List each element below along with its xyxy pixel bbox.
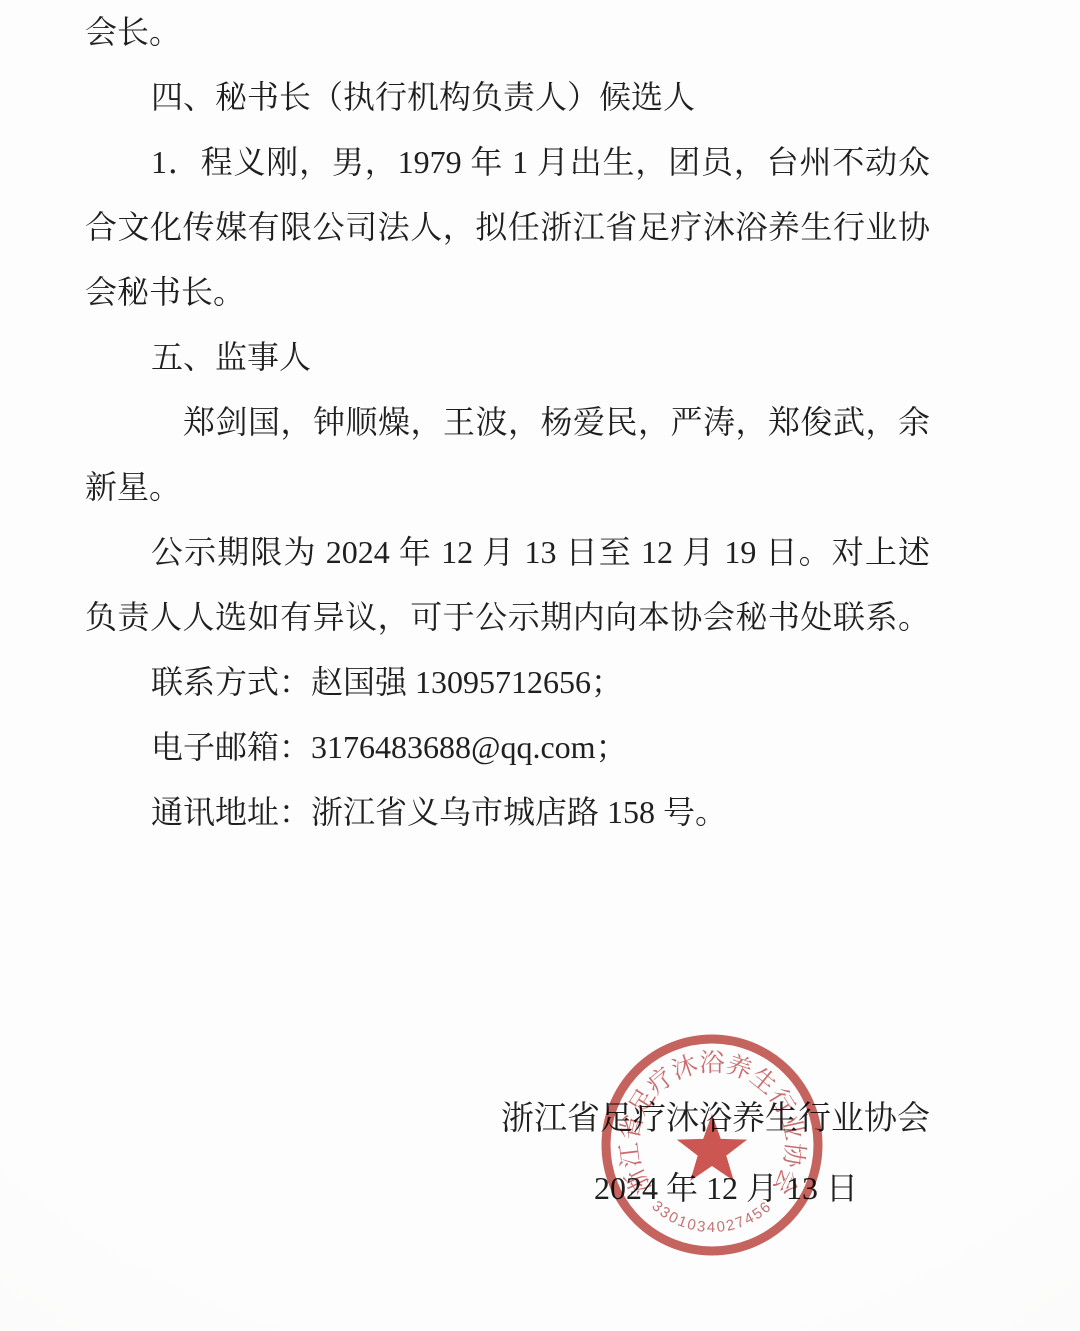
doc-line: 联系方式：赵国强 13095712656；: [85, 650, 930, 715]
doc-line: 合文化传媒有限公司法人，拟任浙江省足疗沐浴养生行业协: [85, 195, 930, 260]
doc-line: 新星。: [85, 455, 930, 520]
doc-line: 郑剑国，钟顺燥，王波，杨爱民，严涛，郑俊武，余: [85, 390, 930, 455]
document-page: 会长。 四、秘书长（执行机构负责人）候选人 1．程义刚，男，1979 年 1 月…: [0, 0, 1080, 1331]
doc-line: 公示期限为 2024 年 12 月 13 日至 12 月 19 日。对上述: [85, 520, 930, 585]
doc-line: 电子邮箱：3176483688@qq.com；: [85, 715, 930, 780]
document-text: 会长。 四、秘书长（执行机构负责人）候选人 1．程义刚，男，1979 年 1 月…: [0, 0, 1080, 1221]
doc-line: 四、秘书长（执行机构负责人）候选人: [85, 65, 930, 130]
doc-line: 通讯地址：浙江省义乌市城店路 158 号。: [85, 780, 930, 845]
seal-code: 3301034027456: [648, 1198, 775, 1236]
doc-line: 会秘书长。: [85, 260, 930, 325]
doc-line: 会长。: [85, 0, 930, 65]
official-seal: 浙江省足疗沐浴养生行业协会 3301034027456: [562, 995, 862, 1295]
doc-line: 负责人人选如有异议，可于公示期内向本协会秘书处联系。: [85, 585, 930, 650]
doc-line: 五、监事人: [85, 325, 930, 390]
doc-line: 1．程义刚，男，1979 年 1 月出生，团员，台州不动众: [85, 130, 930, 195]
seal-star-icon: [677, 1114, 747, 1181]
